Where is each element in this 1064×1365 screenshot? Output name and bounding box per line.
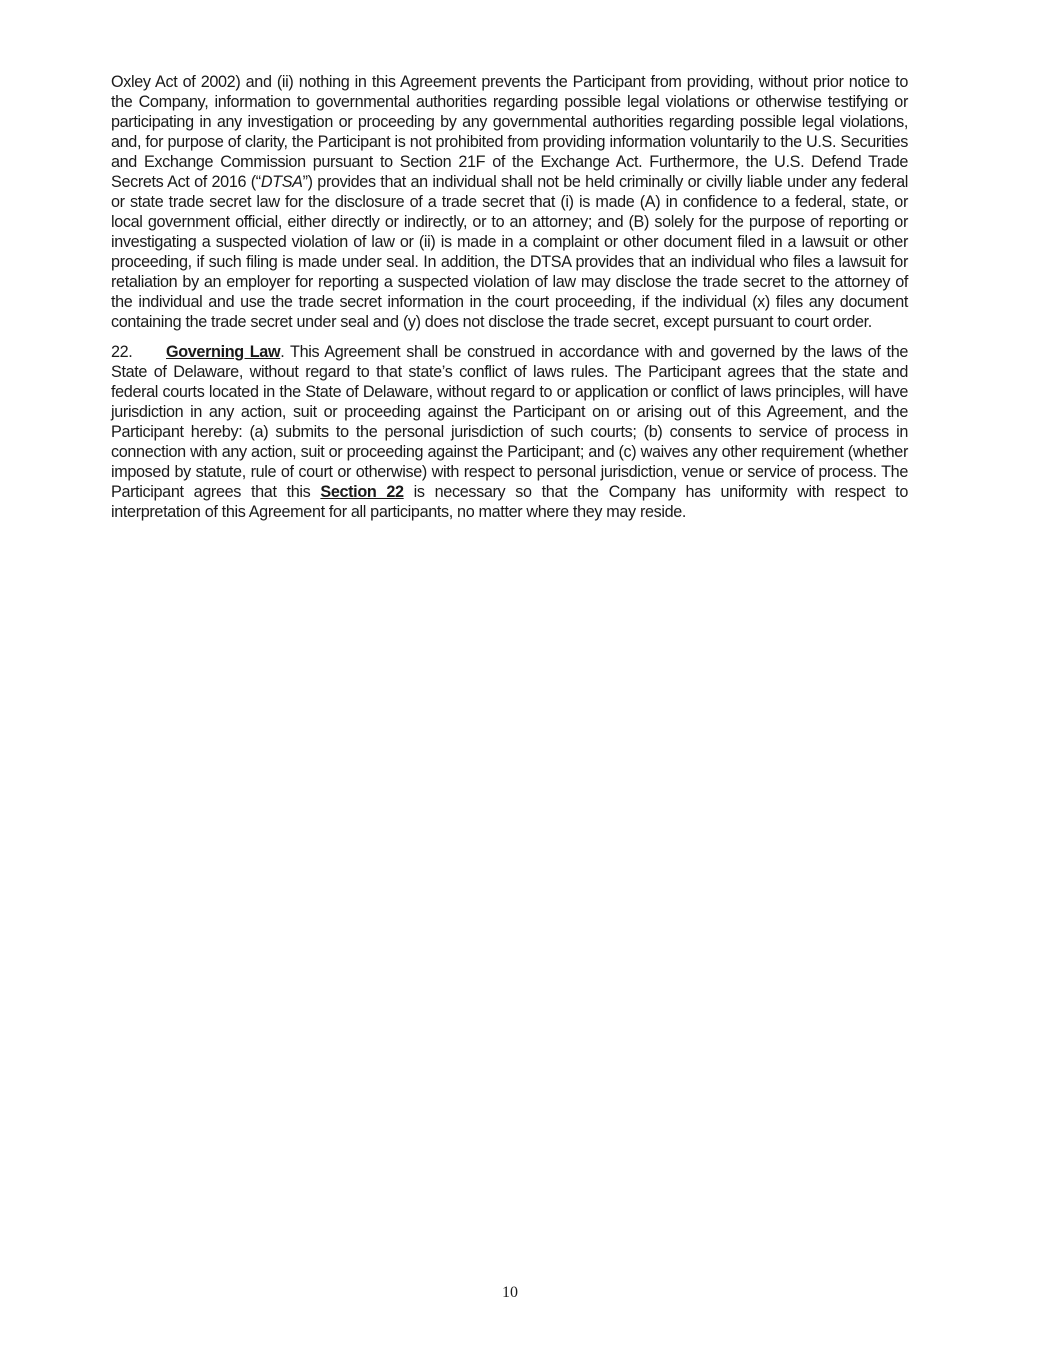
page-number: 10 bbox=[0, 1284, 1020, 1302]
section-cross-reference: Section 22 bbox=[320, 483, 403, 501]
section-22-governing-law: 22.Governing Law. This Agreement shall b… bbox=[111, 342, 908, 522]
paragraph-whistleblower-dtsa: Oxley Act of 2002) and (ii) nothing in t… bbox=[111, 72, 908, 332]
section-number: 22. bbox=[111, 342, 166, 362]
document-page: Oxley Act of 2002) and (ii) nothing in t… bbox=[111, 72, 908, 532]
section-heading: Governing Law bbox=[166, 343, 280, 361]
defined-term-dtsa: DTSA bbox=[261, 173, 303, 191]
paragraph-text: . This Agreement shall be construed in a… bbox=[111, 343, 908, 501]
paragraph-text: ”) provides that an individual shall not… bbox=[111, 173, 908, 331]
